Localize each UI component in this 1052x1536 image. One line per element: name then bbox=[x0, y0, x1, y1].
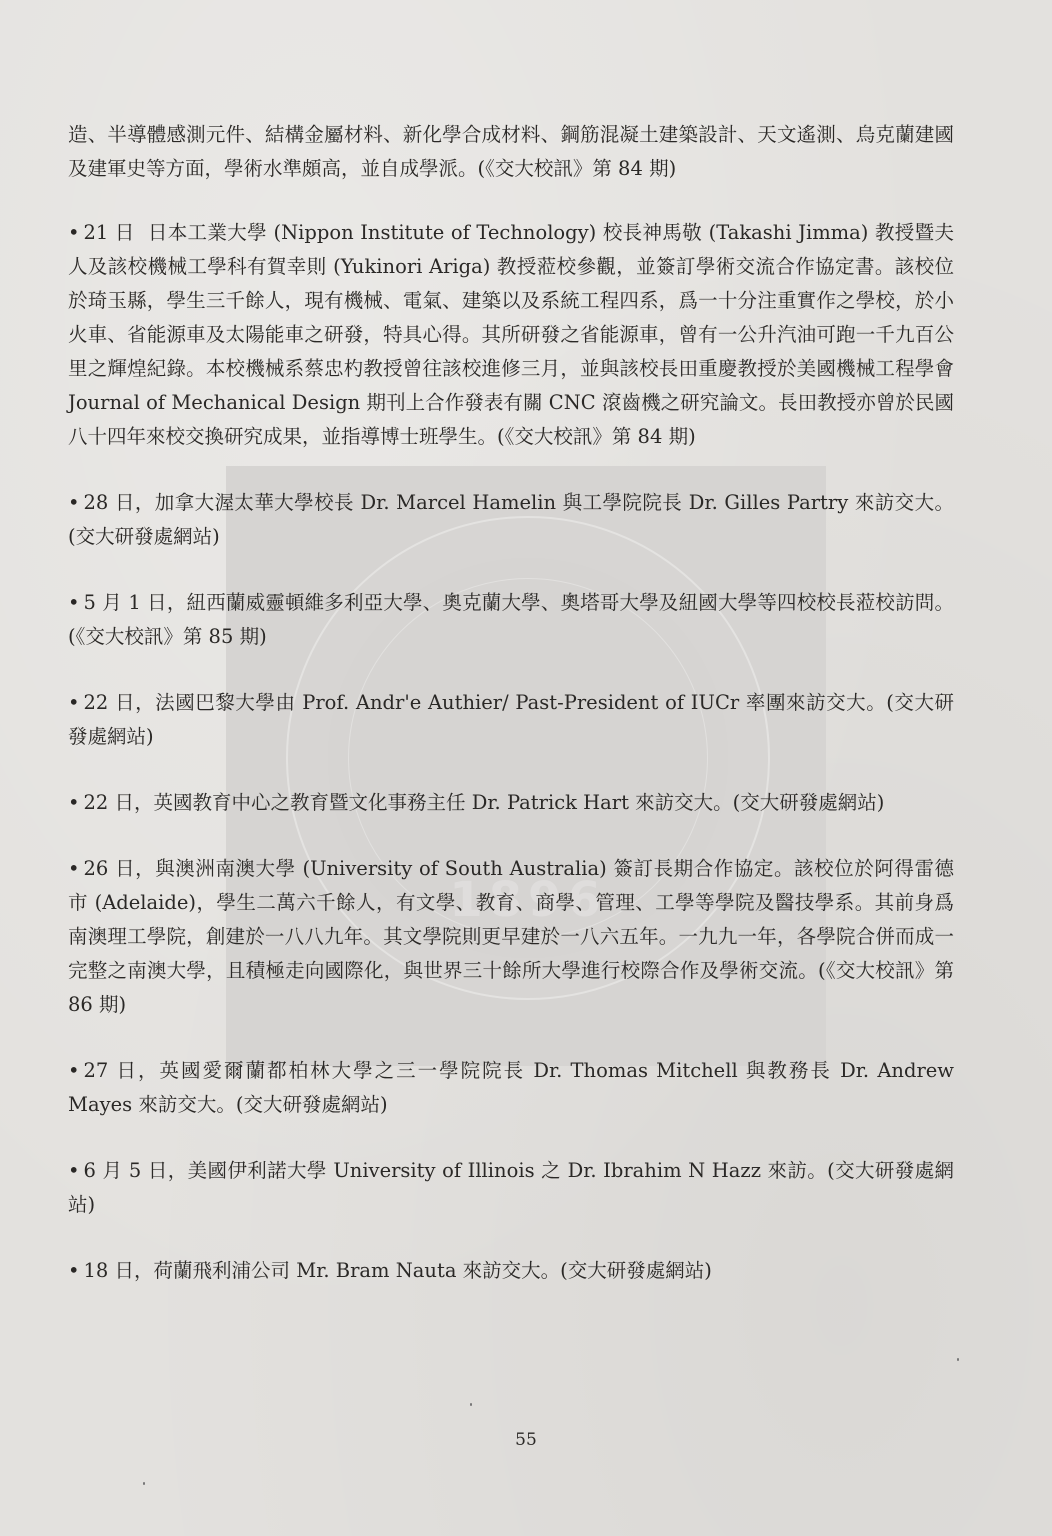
scan-speck bbox=[470, 1403, 472, 1406]
entry-date: 21 日 bbox=[84, 221, 135, 244]
entry-date: 6 月 5 日 bbox=[84, 1159, 168, 1182]
entry-paragraph: •28 日，加拿大渥太華大學校長 Dr. Marcel Hamelin 與工學院… bbox=[68, 486, 954, 554]
entry-date: 27 日 bbox=[84, 1059, 139, 1082]
entry-text: ，法國巴黎大學由 Prof. Andr'e Authier/ Past-Pres… bbox=[68, 691, 954, 748]
entry-paragraph: •5 月 1 日，紐西蘭威靈頓維多利亞大學、奧克蘭大學、奧塔哥大學及紐國大學等四… bbox=[68, 586, 954, 654]
entry-date: 5 月 1 日 bbox=[84, 591, 167, 614]
entry-date: 26 日 bbox=[84, 857, 136, 880]
scan-speck bbox=[957, 1358, 959, 1361]
entry-paragraph: •22 日，法國巴黎大學由 Prof. Andr'e Authier/ Past… bbox=[68, 686, 954, 754]
entry-paragraph: •21 日 日本工業大學 (Nippon Institute of Techno… bbox=[68, 216, 954, 454]
bullet-icon: • bbox=[68, 1054, 80, 1088]
entry-paragraph: •6 月 5 日，美國伊利諾大學 University of Illinois … bbox=[68, 1154, 954, 1222]
scan-speck bbox=[143, 1482, 145, 1485]
continuation-paragraph: 造、半導體感測元件、結構金屬材料、新化學合成材料、鋼筋混凝土建築設計、天文遙測、… bbox=[68, 118, 954, 186]
entry-text: ，紐西蘭威靈頓維多利亞大學、奧克蘭大學、奧塔哥大學及紐國大學等四校校長蒞校訪問。… bbox=[68, 591, 954, 648]
bullet-icon: • bbox=[68, 1154, 80, 1188]
entry-text: ，加拿大渥太華大學校長 Dr. Marcel Hamelin 與工學院院長 Dr… bbox=[68, 491, 954, 548]
bullet-icon: • bbox=[68, 852, 80, 886]
entry-date: 22 日 bbox=[84, 791, 135, 814]
entry-paragraph: •27 日，英國愛爾蘭都柏林大學之三一學院院長 Dr. Thomas Mitch… bbox=[68, 1054, 954, 1122]
document-body: 造、半導體感測元件、結構金屬材料、新化學合成材料、鋼筋混凝土建築設計、天文遙測、… bbox=[68, 118, 954, 1320]
entry-text: ，英國教育中心之教育暨文化事務主任 Dr. Patrick Hart 來訪交大。… bbox=[134, 791, 884, 814]
entry-paragraph: •18 日，荷蘭飛利浦公司 Mr. Bram Nauta 來訪交大。(交大研發處… bbox=[68, 1254, 954, 1288]
entry-text: ，與澳洲南澳大學 (University of South Australia)… bbox=[68, 857, 954, 1016]
bullet-icon: • bbox=[68, 686, 80, 720]
page-number: 55 bbox=[0, 1430, 1052, 1450]
bullet-icon: • bbox=[68, 786, 80, 820]
entry-text: ，荷蘭飛利浦公司 Mr. Bram Nauta 來訪交大。(交大研發處網站) bbox=[134, 1259, 712, 1282]
entry-date: 22 日 bbox=[84, 691, 136, 714]
bullet-icon: • bbox=[68, 216, 80, 250]
entry-paragraph: •22 日，英國教育中心之教育暨文化事務主任 Dr. Patrick Hart … bbox=[68, 786, 954, 820]
entry-text: ，美國伊利諾大學 University of Illinois 之 Dr. Ib… bbox=[68, 1159, 954, 1216]
entry-paragraph: •26 日，與澳洲南澳大學 (University of South Austr… bbox=[68, 852, 954, 1022]
entry-date: 18 日 bbox=[84, 1259, 135, 1282]
entry-text: ，英國愛爾蘭都柏林大學之三一學院院長 Dr. Thomas Mitchell 與… bbox=[68, 1059, 954, 1116]
bullet-icon: • bbox=[68, 1254, 80, 1288]
entry-date: 28 日 bbox=[84, 491, 135, 514]
bullet-icon: • bbox=[68, 486, 80, 520]
bullet-icon: • bbox=[68, 586, 80, 620]
entry-text: 日本工業大學 (Nippon Institute of Technology) … bbox=[68, 221, 954, 448]
